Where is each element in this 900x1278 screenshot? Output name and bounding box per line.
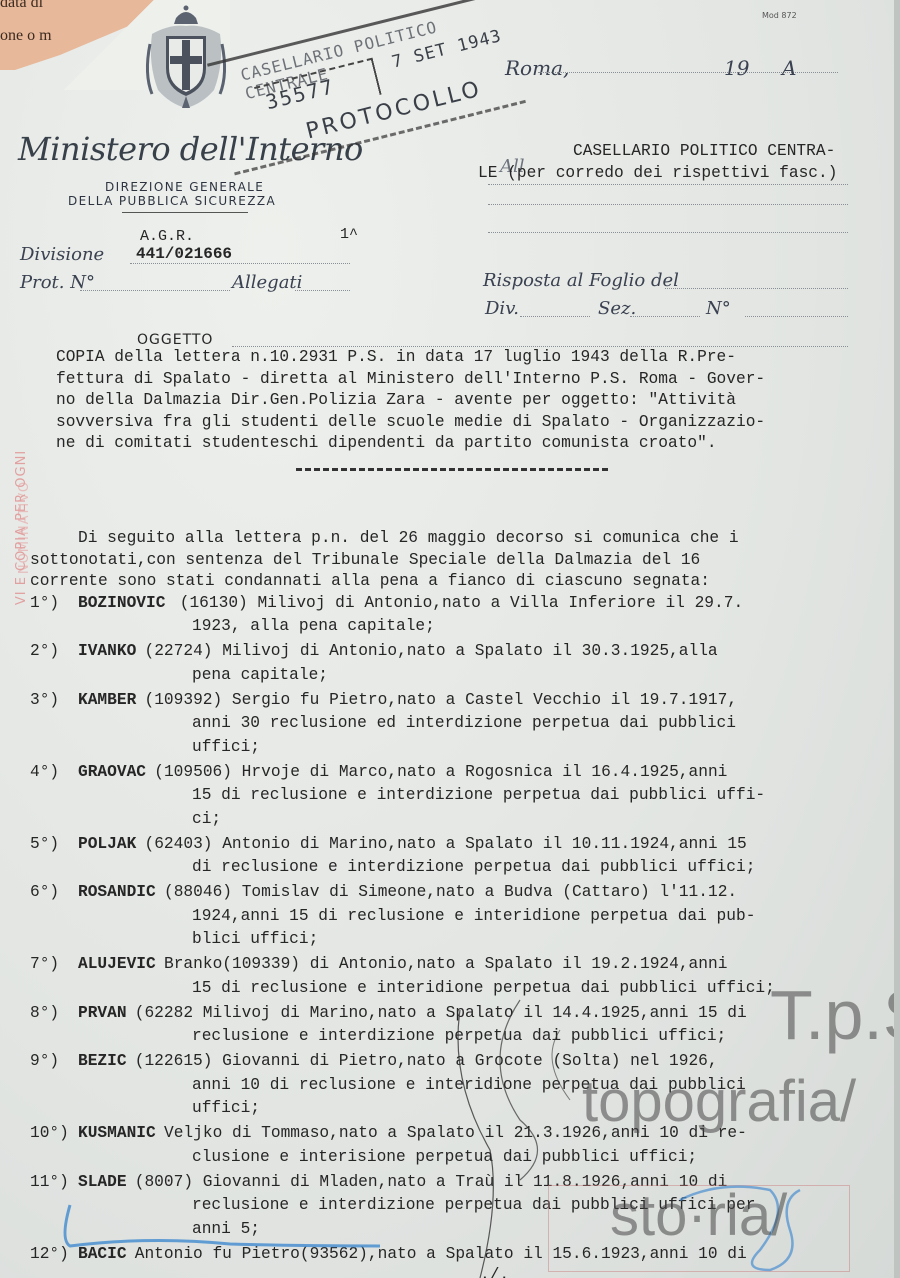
divisione-value: 441/021666: [136, 244, 232, 265]
field-line: [665, 288, 848, 289]
entry-surname: ROSANDIC: [78, 882, 156, 903]
watermark-line2: topografia/: [582, 1068, 856, 1135]
field-line: [130, 263, 350, 264]
place-label: Roma,: [505, 56, 569, 80]
entry-surname: KUSMANIC: [78, 1123, 156, 1144]
entry-line: anni 30 reclusione ed interdizione perpe…: [192, 713, 736, 734]
entry-surname: IVANKO: [78, 641, 136, 662]
entry-line: Branko(109339) di Antonio,nato a Spalato…: [164, 954, 727, 975]
entry-line: reclusione e interdizione perpetua dai p…: [192, 1026, 726, 1047]
entry-line: 15 di reclusione e interdizione perpetua…: [192, 785, 765, 806]
entry-line: 1924,anni 15 di reclusione e interidione…: [192, 906, 755, 927]
field-line: [745, 316, 848, 317]
entry-line: uffici;: [192, 1098, 260, 1119]
entry-surname: SLADE: [78, 1172, 127, 1193]
year-prefix: 19: [724, 56, 749, 80]
entry-line: di reclusione e interdizione perpetua da…: [192, 857, 755, 878]
entry-line: clusione e interisione perpetua dai pubb…: [192, 1147, 697, 1168]
entry-line: (109506) Hrvoje di Marco,nato a Rogosnic…: [154, 762, 727, 783]
entry-surname: BEZIC: [78, 1051, 127, 1072]
entry-line: blici uffici;: [192, 929, 318, 950]
addressee-line1: CASELLARIO POLITICO CENTRA-: [573, 141, 835, 162]
entry-number: 10°): [30, 1123, 69, 1144]
entry-line: (88046) Tomislav di Simeone,nato a Budva…: [164, 882, 737, 903]
intro-line: Di seguito alla lettera p.n. del 26 magg…: [78, 528, 739, 549]
separator: [296, 468, 608, 471]
year-suffix: A: [782, 56, 796, 80]
entry-surname: KAMBER: [78, 690, 136, 711]
entry-line: pena capitale;: [192, 665, 328, 686]
entry-number: 12°): [30, 1244, 69, 1265]
field-line: [630, 316, 700, 317]
oggetto-line: no della Dalmazia Dir.Gen.Polizia Zara -…: [56, 390, 736, 411]
entry-surname: POLJAK: [78, 834, 136, 855]
entry-line: (62282 Milivoj di Marino,nato a Spalato …: [135, 1003, 747, 1024]
entry-line: (62403) Antonio di Marino,nato a Spalato…: [145, 834, 747, 855]
entry-line: (109392) Sergio fu Pietro,nato a Castel …: [145, 690, 738, 711]
entry-line: 1923, alla pena capitale;: [192, 616, 435, 637]
allegati-label: Allegati: [232, 272, 302, 293]
entry-line: anni 5;: [192, 1219, 260, 1240]
div-label: Div.: [485, 298, 519, 319]
address-line: [488, 204, 848, 205]
field-line: [80, 290, 230, 291]
entry-number: 7°): [30, 954, 59, 975]
watermark-line1: T.p.S: [770, 975, 900, 1055]
entry-number: 11°): [30, 1172, 69, 1193]
entry-line: (22724) Milivoj di Antonio,nato a Spalat…: [145, 641, 718, 662]
entry-surname: ALUJEVIC: [78, 954, 156, 975]
page-edge: [894, 0, 900, 1278]
n-label: N°: [706, 298, 731, 319]
form-code: Mod 872: [762, 11, 797, 20]
section-mark: 1^: [340, 224, 358, 245]
field-line: [295, 290, 350, 291]
intro-line: sottonotati,con sentenza del Tribunale S…: [30, 550, 700, 571]
divisione-label: Divisione: [20, 244, 104, 265]
oggetto-line: COPIA della lettera n.10.2931 P.S. in da…: [56, 347, 736, 368]
entry-number: 4°): [30, 762, 59, 783]
entry-number: 5°): [30, 834, 59, 855]
entry-number: 9°): [30, 1051, 59, 1072]
field-line: [520, 316, 590, 317]
directorate-line2: DELLA PUBBLICA SICUREZZA: [68, 194, 276, 208]
continuation-mark: ./.: [480, 1265, 509, 1278]
divider: [122, 212, 248, 213]
entry-line: (16130) Milivoj di Antonio,nato a Villa …: [180, 593, 743, 614]
entry-line: uffici;: [192, 737, 260, 758]
entry-line: 15 di reclusione e interidione perpetua …: [192, 978, 775, 999]
oggetto-line: fettura di Spalato - diretta al Minister…: [56, 369, 765, 390]
oggetto-line: ne di comitati studenteschi dipendenti d…: [56, 433, 717, 454]
entry-number: 6°): [30, 882, 59, 903]
entry-number: 1°): [30, 593, 59, 614]
addressee-line2: LE (per corredo dei rispettivi fasc.): [478, 163, 837, 184]
side-stamp-line2: NOMINATIVO: [17, 481, 32, 574]
intro-line: corrente sono stati condannati alla pena…: [30, 571, 710, 592]
address-line: [488, 232, 848, 233]
entry-number: 2°): [30, 641, 59, 662]
watermark-line3: sto·ria/: [610, 1182, 787, 1249]
entry-line: ci;: [192, 809, 221, 830]
risposta-label: Risposta al Foglio del: [483, 270, 679, 291]
entry-surname: PRVAN: [78, 1003, 127, 1024]
entry-surname: BOZINOVIC: [78, 593, 165, 614]
entry-number: 8°): [30, 1003, 59, 1024]
entry-surname: BACIC: [78, 1244, 127, 1265]
entry-number: 3°): [30, 690, 59, 711]
oggetto-line: sovversiva fra gli studenti delle scuole…: [56, 412, 765, 433]
address-line: [488, 184, 848, 185]
entry-surname: GRAOVAC: [78, 762, 146, 783]
